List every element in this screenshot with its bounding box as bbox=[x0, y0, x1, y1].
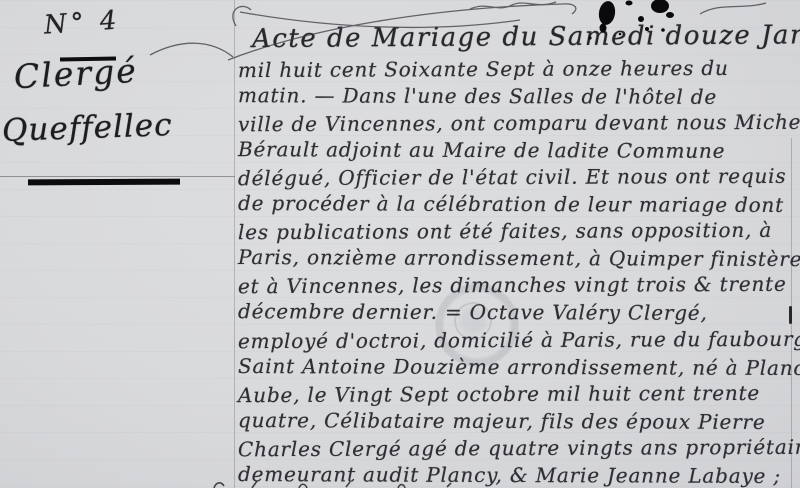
manuscript-line: décembre dernier. = Octave Valéry Clergé… bbox=[238, 298, 708, 327]
manuscript-line: Saint Antoine Douzième arrondissement, n… bbox=[238, 353, 800, 382]
manuscript-body: mil huit cent Soixante Sept à onze heure… bbox=[238, 0, 798, 488]
manuscript-line: Bérault adjoint au Maire de ladite Commu… bbox=[238, 136, 725, 165]
margin-column: N° 4 Clergé Queffellec bbox=[0, 0, 235, 488]
manuscript-line: ville de Vincennes, ont comparu devant n… bbox=[238, 109, 800, 138]
margin-divider-line bbox=[234, 0, 235, 488]
manuscript-line: matin. — Dans l'une des Salles de l'hôte… bbox=[238, 82, 717, 111]
manuscript-line: employé d'octroi, domicilié à Paris, rue… bbox=[238, 326, 800, 355]
manuscript-line: Paris, onzième arrondissement, à Quimper… bbox=[238, 244, 800, 273]
scanned-marriage-act-page: N° 4 Clergé Queffellec Acte de Mariage d… bbox=[0, 0, 800, 488]
manuscript-line: Charles Clergé agé de quatre vingts ans … bbox=[238, 434, 800, 464]
manuscript-line: les publications ont été faites, sans op… bbox=[238, 217, 772, 246]
margin-underline-stroke bbox=[28, 179, 180, 186]
groom-surname: Clergé bbox=[13, 51, 139, 96]
manuscript-line: et à Vincennes, les dimanches vingt troi… bbox=[238, 271, 787, 300]
manuscript-line: Aube, le Vingt Sept octobre mil huit cen… bbox=[238, 380, 760, 409]
bride-surname: Queffellec bbox=[1, 107, 173, 149]
manuscript-line: quatre, Célibataire majeur, fils des épo… bbox=[238, 407, 766, 436]
manuscript-line: mil huit cent Soixante Sept à onze heure… bbox=[238, 55, 729, 84]
act-number: N° 4 bbox=[43, 5, 121, 40]
margin-horizontal-rule bbox=[0, 176, 235, 177]
manuscript-line: de procéder à la célébration de leur mar… bbox=[238, 190, 784, 219]
manuscript-line: demeurant audit Plancy, & Marie Jeanne L… bbox=[238, 461, 781, 488]
manuscript-line: délégué, Officier de l'état civil. Et no… bbox=[238, 163, 787, 192]
